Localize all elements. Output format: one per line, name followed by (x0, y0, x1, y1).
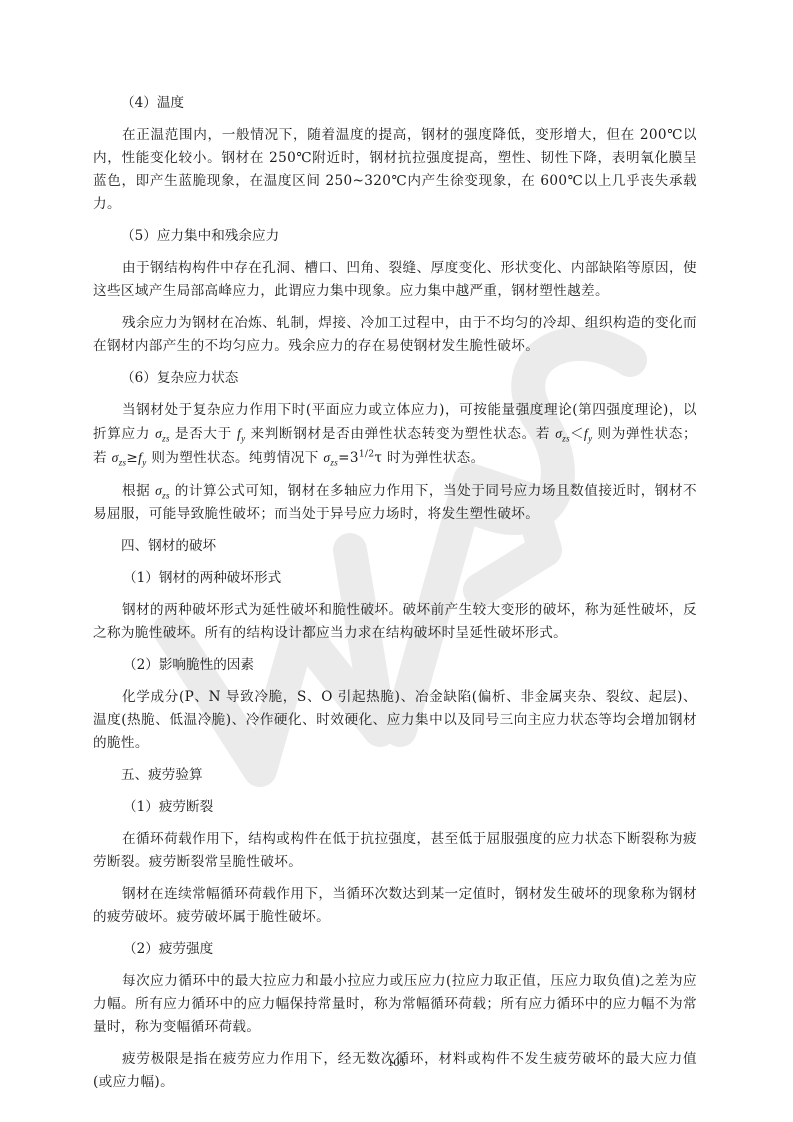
paragraph-temperature: 在正温范围内，一般情况下，随着温度的提高，钢材的强度降低，变形增大，但在 200… (93, 124, 697, 216)
heading-stress-concentration: （5）应力集中和残余应力 (93, 225, 697, 248)
paragraph-stress-concentration: 由于钢结构构件中存在孔洞、槽口、凹角、裂缝、厚度变化、形状变化、内部缺陷等原因，… (93, 257, 697, 303)
document-page: （4）温度 在正温范围内，一般情况下，随着温度的提高，钢材的强度降低，变形增大，… (0, 0, 793, 1122)
paragraph-multiaxial-stress: 根据 σzs 的计算公式可知，钢材在多轴应力作用下，当处于同号应力场且数值接近时… (93, 479, 697, 526)
paragraph-stress-amplitude: 每次应力循环中的最大拉应力和最小拉应力或压应力(拉应力取正值，压应力取负值)之差… (93, 970, 697, 1039)
paragraph-residual-stress: 残余应力为钢材在冶炼、轧制，焊接、冷加工过程中，由于不均匀的冷却、组织构造的变化… (93, 312, 697, 358)
page-content: （4）温度 在正温范围内，一般情况下，随着温度的提高，钢材的强度降低，变形增大，… (93, 92, 697, 1103)
paragraph-fatigue-limit: 疲劳极限是指在疲劳应力作用下，经无数次循环，材料或构件不发生疲劳破坏的最大应力值… (93, 1048, 697, 1094)
heading-fatigue-strength: （2）疲劳强度 (93, 938, 697, 961)
heading-complex-stress: （6）复杂应力状态 (93, 367, 697, 390)
heading-temperature: （4）温度 (93, 92, 697, 115)
paragraph-failure-modes: 钢材的两种破坏形式为延性破坏和脆性破坏。破坏前产生较大变形的破坏，称为延性破坏，… (93, 599, 697, 645)
heading-brittleness-factors: （2）影响脆性的因素 (93, 654, 697, 677)
paragraph-fatigue-fracture: 在循环荷载作用下，结构或构件在低于抗拉强度，甚至低于屈服强度的应力状态下断裂称为… (93, 828, 697, 874)
heading-fatigue-check: 五、疲劳验算 (93, 764, 697, 787)
paragraph-brittleness-factors: 化学成分(P、N 导致冷脆，S、O 引起热脆)、冶金缺陷(偏析、非金属夹杂、裂纹… (93, 686, 697, 755)
heading-failure-modes: （1）钢材的两种破坏形式 (93, 567, 697, 590)
heading-fatigue-fracture: （1）疲劳断裂 (93, 796, 697, 819)
paragraph-fatigue-failure: 钢材在连续常幅循环荷载作用下，当循环次数达到某一定值时，钢材发生破坏的现象称为钢… (93, 883, 697, 929)
heading-steel-failure: 四、钢材的破坏 (93, 535, 697, 558)
paragraph-complex-stress: 当钢材处于复杂应力作用下时(平面应力或立体应力)，可按能量强度理论(第四强度理论… (93, 399, 697, 470)
